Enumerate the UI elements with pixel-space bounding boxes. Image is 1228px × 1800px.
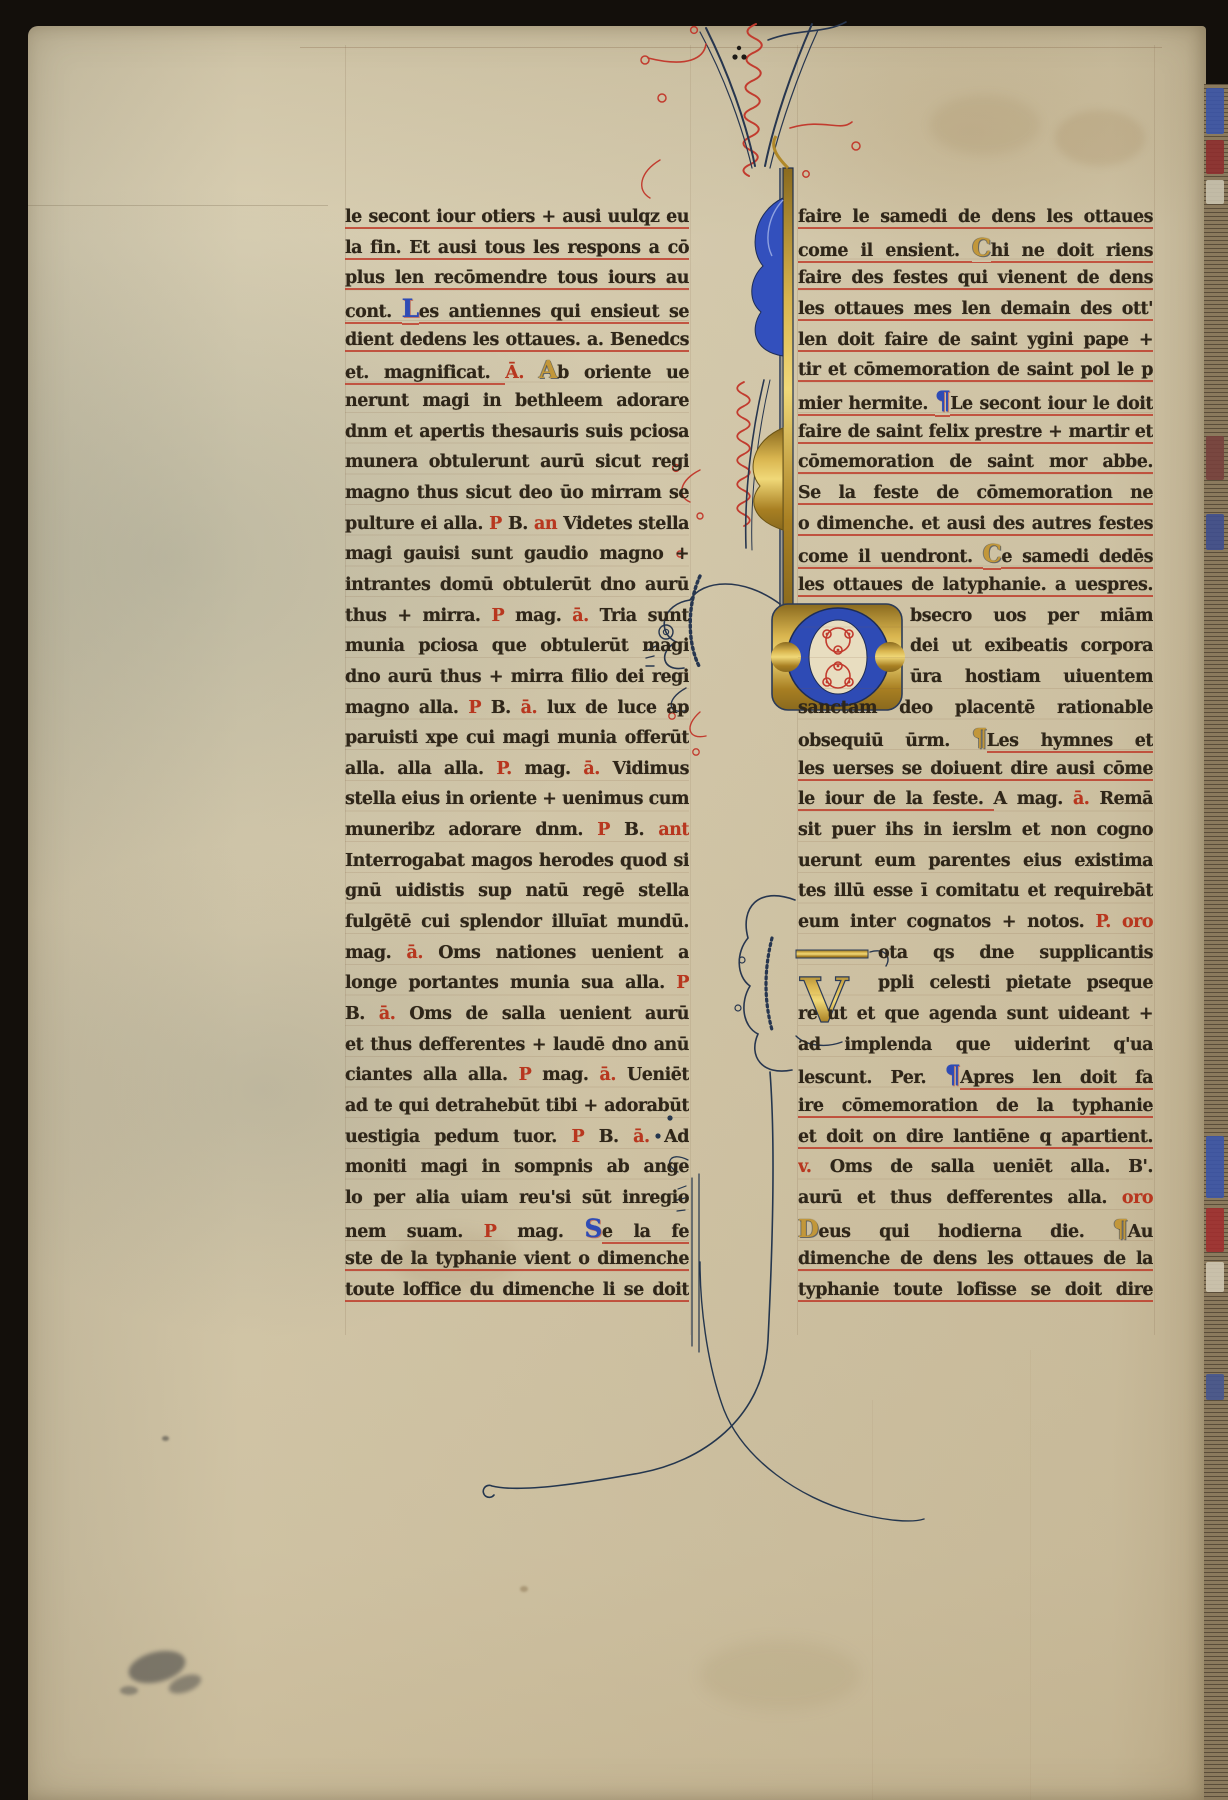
rubric-text: ā.: [379, 1004, 409, 1024]
body-text: re ut et que agenda sunt uideant +: [798, 1004, 1153, 1024]
text-line: plus len recōmendre tous iours au se: [345, 263, 689, 294]
body-text: come il uendront.: [798, 547, 983, 569]
text-line: intrantes domū obtulerūt dno aurū: [345, 570, 689, 601]
text-line: eum inter cognatos + notos. P. oro: [798, 907, 1153, 938]
text-line: sanctam deo placentē rationable: [798, 693, 1153, 724]
body-text: les ottaues mes len demain des ott': [798, 299, 1153, 321]
fore-edge-illumination-fragment: [1206, 1208, 1224, 1252]
text-line: cont. Les antiennes qui ensieut se: [345, 294, 689, 325]
body-text: nem suam.: [345, 1222, 484, 1242]
body-text: muneribz adorare dnm.: [345, 820, 597, 840]
body-text: Se la feste de cōmemoration ne uenoit: [798, 483, 1153, 509]
fore-edge-illumination-fragment: [1206, 140, 1224, 174]
body-text: le iour de la feste.: [798, 789, 994, 811]
body-text: le secont iour otiers + ausi uulqz eu: [345, 207, 689, 229]
body-text: aurū et thus defferentes alla.: [798, 1188, 1122, 1208]
body-text: Au: [1128, 1222, 1153, 1242]
fore-edge-illumination-fragment: [1206, 1262, 1224, 1292]
blue-initial: ¶: [935, 386, 950, 417]
body-text: Vidimus: [613, 759, 689, 779]
text-line: B. ā. Oms de salla uenient aurū: [345, 999, 689, 1030]
body-text: e samedi dedēs: [1001, 547, 1153, 569]
body-text: ire cōmemoration de la typhanie: [798, 1096, 1153, 1118]
text-line: et doit on dire lantiēne q apartient.: [798, 1122, 1153, 1153]
body-text: lescunt. Per.: [798, 1068, 945, 1088]
body-text: magi gauisi sunt gaudio magno +: [345, 544, 689, 564]
blue-initial: S: [584, 1214, 602, 1243]
body-text: thus + mirra.: [345, 606, 491, 626]
body-text: faire des festes qui vienent de dens: [798, 268, 1153, 290]
body-text: uerunt eum parentes eius existima: [798, 851, 1153, 871]
body-text: et thus defferentes + laudē dno anū: [345, 1035, 689, 1055]
text-line: come il uendront. Ce samedi dedēs: [798, 539, 1153, 570]
body-text: les uerses se doiuent dire ausi cōme: [798, 759, 1153, 781]
text-line: Se la feste de cōmemoration ne uenoit: [798, 478, 1153, 509]
rubric-text: P: [491, 606, 515, 626]
body-text: moniti magi in sompnis ab ange: [345, 1157, 689, 1177]
body-text: Tria sunt: [600, 606, 689, 626]
text-line: ota qs dne supplicantis: [798, 938, 1153, 969]
text-line: ciantes alla alla. P mag. ā. Ueniēt: [345, 1060, 689, 1091]
body-text: gnū uidistis sup natū regē stella uidim': [345, 881, 689, 907]
fore-edge-illumination-fragment: [1206, 1136, 1224, 1198]
body-text: sit puer ihs in ierslm et non cogno: [798, 820, 1153, 840]
body-text: tes illū esse ī comitatu et requirebāt: [798, 881, 1153, 901]
text-line: stella eius in oriente + uenimus cum: [345, 784, 689, 815]
body-text: sanctam deo placentē rationable: [798, 698, 1153, 718]
body-text: Le secont iour le doit: [950, 394, 1153, 416]
fore-edge-illumination-fragment: [1206, 436, 1224, 480]
body-text: paruisti xpe cui magi munia offerūt: [345, 728, 689, 748]
text-line: et thus defferentes + laudē dno anū: [345, 1030, 689, 1061]
text-line: ad te qui detrahebūt tibi + adorabūt: [345, 1091, 689, 1122]
text-column-right: faire le samedi de dens les ottauescome …: [798, 202, 1153, 1306]
rubric-text: v.: [798, 1157, 830, 1177]
body-text: Apres len doit fa: [960, 1068, 1153, 1090]
text-line: le secont iour otiers + ausi uulqz eu: [345, 202, 689, 233]
body-text: mag.: [345, 943, 407, 963]
rubric-text: P: [597, 820, 624, 840]
body-text: typhanie toute lofisse se doit dire: [798, 1280, 1153, 1302]
blue-initial: L: [402, 294, 419, 325]
body-text: toute loffice du dimenche li se doit: [345, 1280, 689, 1302]
text-line: tir et cōmemoration de saint pol le p: [798, 355, 1153, 386]
text-line: les uerses se doiuent dire ausi cōme: [798, 754, 1153, 785]
body-text: la fin. Et ausi tous les respons a cō: [345, 238, 689, 260]
rubric-text: P. oro: [1095, 912, 1153, 932]
body-text: come il ensient.: [798, 241, 972, 263]
body-text: len doit faire de saint ygini pape + mar: [798, 330, 1153, 356]
body-text: nerunt magi in bethleem adorare: [345, 391, 689, 411]
gold-initial: ¶: [1113, 1214, 1128, 1243]
body-text: Oms de salla ueniēt alla. B'.: [830, 1157, 1153, 1177]
body-text: et doit on dire lantiēne q apartient.: [798, 1127, 1153, 1149]
rubric-text: P: [484, 1222, 518, 1242]
body-text: longe portantes munia sua alla.: [345, 973, 676, 993]
body-text: dei ut exibeatis corpora: [910, 636, 1153, 656]
body-text: mag.: [542, 1065, 599, 1085]
body-text: es antiennes qui ensieut se: [419, 302, 689, 324]
text-line: Deus qui hodierna die. ¶Au: [798, 1214, 1153, 1245]
rubric-text: ā.: [600, 1065, 627, 1085]
body-text: dnm et apertis thesauris suis pciosa: [345, 422, 689, 442]
rubric-text: ā.: [521, 698, 547, 718]
body-text: munia pciosa que obtulerūt magi: [345, 636, 689, 656]
rubric-text: P: [571, 1127, 598, 1147]
body-text: stella eius in oriente + uenimus cum: [345, 789, 689, 809]
fore-edge-illumination-fragment: [1206, 88, 1224, 134]
text-line: pulture ei alla. P B. an Videtes stella: [345, 509, 689, 540]
body-text: o dimenche. et ausi des autres festes: [798, 514, 1153, 536]
text-line: bsecro uos per miām capl': [798, 601, 1153, 632]
text-line: nerunt magi in bethleem adorare: [345, 386, 689, 417]
body-text: mag.: [515, 606, 572, 626]
rubric-text: P: [468, 698, 491, 718]
body-text: ad implenda que uiderint q'ua: [798, 1035, 1153, 1055]
body-text: dient dedens les ottaues. a. Benedcs: [345, 330, 689, 352]
text-line: dei ut exibeatis corpora: [798, 631, 1153, 662]
text-line: magno thus sicut deo ūo mirram se: [345, 478, 689, 509]
text-line: lescunt. Per. ¶Apres len doit fa: [798, 1060, 1153, 1091]
fore-edge-illumination-fragment: [1206, 1374, 1224, 1400]
text-line: faire de saint felix prestre + martir et: [798, 417, 1153, 448]
body-text: ūra hostiam uiuentem: [910, 667, 1153, 687]
text-line: typhanie toute lofisse se doit dire: [798, 1275, 1153, 1306]
body-text: ste de la typhanie vient o dimenche: [345, 1249, 689, 1271]
body-text: dno aurū thus + mirra filio dei regi: [345, 667, 689, 687]
body-text: Ueniēt: [627, 1065, 689, 1085]
fore-edge-illumination-fragment: [1206, 514, 1224, 550]
rubric-text: P.: [496, 759, 524, 779]
fore-edge-illumination-fragment: [1206, 180, 1224, 204]
body-text: Videtes stella: [563, 514, 689, 534]
body-text: lo per alia uiam reu'si sūt inregio: [345, 1188, 689, 1208]
body-text: lux de luce ap: [547, 698, 689, 718]
text-line: dnm et apertis thesauris suis pciosa: [345, 417, 689, 448]
body-text: Oms de salla uenient aurū: [409, 1004, 689, 1024]
body-text: hi ne doit riens: [991, 241, 1153, 263]
text-line: uestigia pedum tuor. P B. ā. Ad: [345, 1122, 689, 1153]
text-line: ire cōmemoration de la typhanie: [798, 1091, 1153, 1122]
text-line: len doit faire de saint ygini pape + mar: [798, 325, 1153, 356]
body-text: bsecro uos per miām: [910, 606, 1153, 626]
text-line: sit puer ihs in ierslm et non cogno: [798, 815, 1153, 846]
body-text: mier hermite.: [798, 394, 935, 416]
body-text: cont.: [345, 302, 402, 324]
rubric-text: ā.: [583, 759, 612, 779]
text-line: ad implenda que uiderint q'ua: [798, 1030, 1153, 1061]
text-line: dimenche de dens les ottaues de la: [798, 1244, 1153, 1275]
body-text: eum inter cognatos + notos.: [798, 912, 1095, 932]
text-line: muneribz adorare dnm. P B. ant: [345, 815, 689, 846]
text-line: moniti magi in sompnis ab ange: [345, 1152, 689, 1183]
body-text: alla. alla alla.: [345, 759, 496, 779]
text-line: les ottaues mes len demain des ott': [798, 294, 1153, 325]
body-text: Les hymnes et: [987, 731, 1153, 753]
text-line: fulgētē cui splendor illuīat mundū. P: [345, 907, 689, 938]
text-line: faire le samedi de dens les ottaues: [798, 202, 1153, 233]
blue-initial: ¶: [945, 1060, 960, 1089]
text-line: aurū et thus defferentes alla. oro: [798, 1183, 1153, 1214]
body-text: munera obtulerunt aurū sicut regi: [345, 452, 689, 472]
text-column-left: le secont iour otiers + ausi uulqz eula …: [345, 202, 689, 1306]
body-text: les ottaues de latyphanie. a uespres. le: [798, 575, 1153, 601]
text-line: thus + mirra. P mag. ā. Tria sunt: [345, 601, 689, 632]
text-line: nem suam. P mag. Se la fe: [345, 1214, 689, 1245]
text-line: Interrogabat magos herodes quod si: [345, 846, 689, 877]
text-line: la fin. Et ausi tous les respons a cō: [345, 233, 689, 264]
body-text: mag.: [517, 1222, 584, 1242]
text-line: ppli celesti pietate pseque: [798, 968, 1153, 999]
gold-initial: D: [798, 1214, 818, 1243]
text-line: obsequiū ūrm. ¶Les hymnes et: [798, 723, 1153, 754]
text-line: dient dedens les ottaues. a. Benedcs: [345, 325, 689, 356]
body-text: fulgētē cui splendor illuīat mundū.: [345, 912, 689, 932]
text-line: ste de la typhanie vient o dimenche: [345, 1244, 689, 1275]
gold-initial: C: [972, 233, 991, 264]
body-text: B.: [345, 1004, 379, 1024]
rubric-text: ā.: [1073, 789, 1100, 809]
text-line: gnū uidistis sup natū regē stella uidim': [345, 876, 689, 907]
body-text: ad te qui detrahebūt tibi + adorabūt: [345, 1096, 689, 1116]
body-text: B.: [491, 698, 521, 718]
text-line: munia pciosa que obtulerūt magi: [345, 631, 689, 662]
body-text: ciantes alla alla.: [345, 1065, 519, 1085]
rubric-text: an: [534, 514, 563, 534]
text-line: mag. ā. Oms nationes uenient a: [345, 938, 689, 969]
text-line: ūra hostiam uiuentem: [798, 662, 1153, 693]
body-text: B.: [624, 820, 658, 840]
gold-initial: C: [983, 539, 1002, 570]
text-line: come il ensient. Chi ne doit riens: [798, 233, 1153, 264]
text-line: longe portantes munia sua alla. P: [345, 968, 689, 999]
body-text: uestigia pedum tuor.: [345, 1127, 571, 1147]
text-line: uerunt eum parentes eius existima: [798, 846, 1153, 877]
body-text: faire de saint felix prestre + martir et: [798, 422, 1153, 444]
rubric-text: Ā.: [505, 363, 539, 383]
rubric-text: oro: [1122, 1188, 1153, 1208]
body-text: faire le samedi de dens les ottaues: [798, 207, 1153, 229]
rubric-text: ā.: [633, 1127, 664, 1147]
text-line: toute loffice du dimenche li se doit: [345, 1275, 689, 1306]
body-text: Interrogabat magos herodes quod si: [345, 851, 689, 871]
body-text: et. magnificat.: [345, 363, 505, 385]
body-text: dimenche de dens les ottaues de la: [798, 1249, 1153, 1271]
body-text: tir et cōmemoration de saint pol le p: [798, 360, 1153, 382]
rubric-text: ā.: [572, 606, 599, 626]
text-line: cōmemoration de saint mor abbe.: [798, 447, 1153, 478]
text-line: les ottaues de latyphanie. a uespres. le: [798, 570, 1153, 601]
body-text: cōmemoration de saint mor abbe.: [798, 452, 1153, 474]
rubric-text: ā.: [407, 943, 439, 963]
body-text: ota qs dne supplicantis: [878, 943, 1153, 963]
text-line: et. magnificat. Ā. Ab oriente ue: [345, 355, 689, 386]
body-text: B.: [508, 514, 534, 534]
text-line: v. Oms de salla ueniēt alla. B'.: [798, 1152, 1153, 1183]
body-text: Ad: [664, 1127, 689, 1147]
text-line: magno alla. P B. ā. lux de luce ap: [345, 693, 689, 724]
text-line: tes illū esse ī comitatu et requirebāt: [798, 876, 1153, 907]
rubric-text: P: [489, 514, 508, 534]
rubric-text: P: [676, 973, 689, 993]
text-line: alla. alla alla. P. mag. ā. Vidimus: [345, 754, 689, 785]
gold-initial: ¶: [972, 723, 987, 752]
body-text: Oms nationes uenient a: [438, 943, 689, 963]
gold-initial: A: [539, 355, 557, 384]
book-fore-edge: [1204, 84, 1228, 1800]
body-text: intrantes domū obtulerūt dno aurū: [345, 575, 689, 595]
body-text: magno alla.: [345, 698, 468, 718]
text-line: lo per alia uiam reu'si sūt inregio: [345, 1183, 689, 1214]
body-text: magno thus sicut deo ūo mirram se: [345, 483, 689, 503]
rubric-text: P: [519, 1065, 543, 1085]
text-line: paruisti xpe cui magi munia offerūt: [345, 723, 689, 754]
rubric-text: ant: [658, 820, 689, 840]
text-line: magi gauisi sunt gaudio magno +: [345, 539, 689, 570]
body-text: e la fe: [602, 1222, 689, 1244]
body-text: A mag.: [994, 789, 1073, 809]
body-text: b oriente ue: [557, 363, 689, 383]
body-text: ppli celesti pietate pseque: [878, 973, 1153, 993]
text-line: o dimenche. et ausi des autres festes: [798, 509, 1153, 540]
body-text: mag.: [524, 759, 583, 779]
manuscript-photo: { "document": { "kind": "illuminated-man…: [0, 0, 1228, 1800]
text-line: dno aurū thus + mirra filio dei regi: [345, 662, 689, 693]
body-text: B.: [599, 1127, 633, 1147]
body-text: plus len recōmendre tous iours au se: [345, 268, 689, 294]
text-line: munera obtulerunt aurū sicut regi: [345, 447, 689, 478]
body-text: pulture ei alla.: [345, 514, 489, 534]
text-line: faire des festes qui vienent de dens: [798, 263, 1153, 294]
body-text: Remā: [1099, 789, 1153, 809]
body-text: eus qui hodierna die.: [818, 1222, 1113, 1242]
text-line: mier hermite. ¶Le secont iour le doit: [798, 386, 1153, 417]
body-text: obsequiū ūrm.: [798, 731, 972, 751]
text-line: le iour de la feste. A mag. ā. Remā: [798, 784, 1153, 815]
text-line: re ut et que agenda sunt uideant +: [798, 999, 1153, 1030]
